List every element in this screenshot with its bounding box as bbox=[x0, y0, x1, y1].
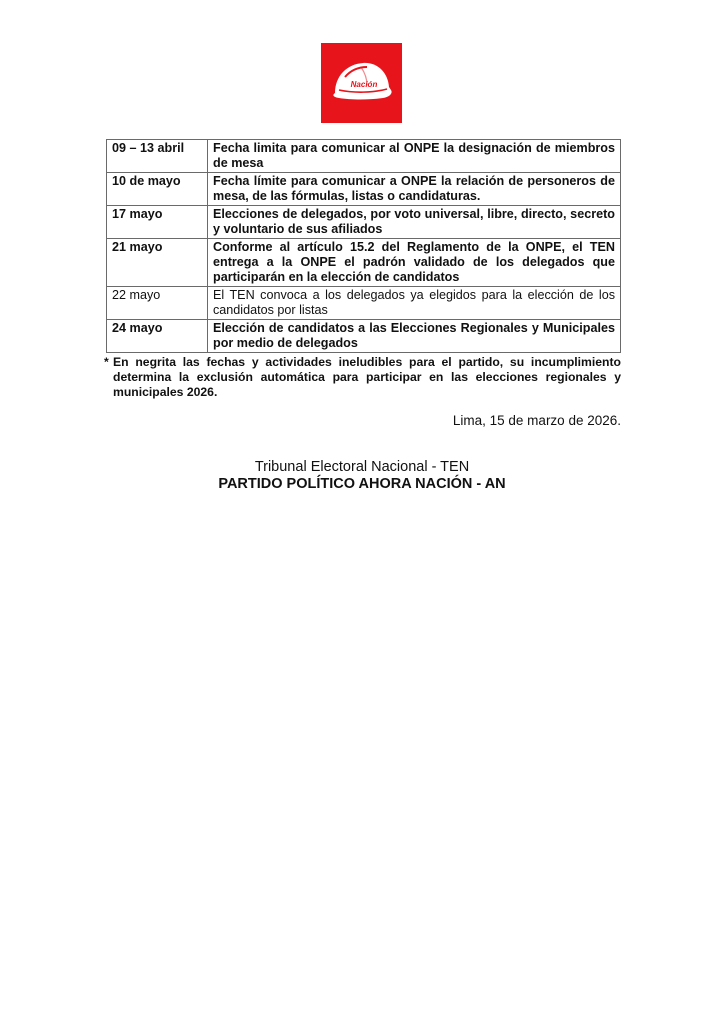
signature-organization: Tribunal Electoral Nacional - TEN bbox=[0, 459, 724, 475]
signature-party: PARTIDO POLÍTICO AHORA NACIÓN - AN bbox=[0, 476, 724, 492]
schedule-date: 21 mayo bbox=[107, 239, 208, 287]
table-row: 24 mayoElección de candidatos a las Elec… bbox=[107, 320, 621, 353]
schedule-table: 09 – 13 abrilFecha limita para comunicar… bbox=[106, 139, 621, 353]
table-row: 22 mayoEl TEN convoca a los delegados ya… bbox=[107, 287, 621, 320]
schedule-date: 10 de mayo bbox=[107, 173, 208, 206]
schedule-activity: Fecha limita para comunicar al ONPE la d… bbox=[208, 140, 621, 173]
logo-text: Nación bbox=[351, 80, 378, 89]
schedule-activity: El TEN convoca a los delegados ya elegid… bbox=[208, 287, 621, 320]
table-row: 17 mayoElecciones de delegados, por voto… bbox=[107, 206, 621, 239]
table-row: 10 de mayoFecha límite para comunicar a … bbox=[107, 173, 621, 206]
schedule-date: 24 mayo bbox=[107, 320, 208, 353]
schedule-date: 17 mayo bbox=[107, 206, 208, 239]
schedule-date: 22 mayo bbox=[107, 287, 208, 320]
schedule-activity: Elección de candidatos a las Elecciones … bbox=[208, 320, 621, 353]
schedule-activity: Fecha límite para comunicar a ONPE la re… bbox=[208, 173, 621, 206]
schedule-activity: Elecciones de delegados, por voto univer… bbox=[208, 206, 621, 239]
table-row: 21 mayoConforme al artículo 15.2 del Reg… bbox=[107, 239, 621, 287]
place-date: Lima, 15 de marzo de 2026. bbox=[453, 413, 621, 428]
footnote: * En negrita las fechas y actividades in… bbox=[104, 355, 621, 400]
party-logo: Nación bbox=[321, 43, 402, 123]
table-row: 09 – 13 abrilFecha limita para comunicar… bbox=[107, 140, 621, 173]
schedule-date: 09 – 13 abril bbox=[107, 140, 208, 173]
footnote-marker: * bbox=[104, 355, 109, 370]
schedule-activity: Conforme al artículo 15.2 del Reglamento… bbox=[208, 239, 621, 287]
hard-hat-icon: Nación bbox=[321, 43, 402, 123]
footnote-text: En negrita las fechas y actividades inel… bbox=[104, 355, 621, 400]
